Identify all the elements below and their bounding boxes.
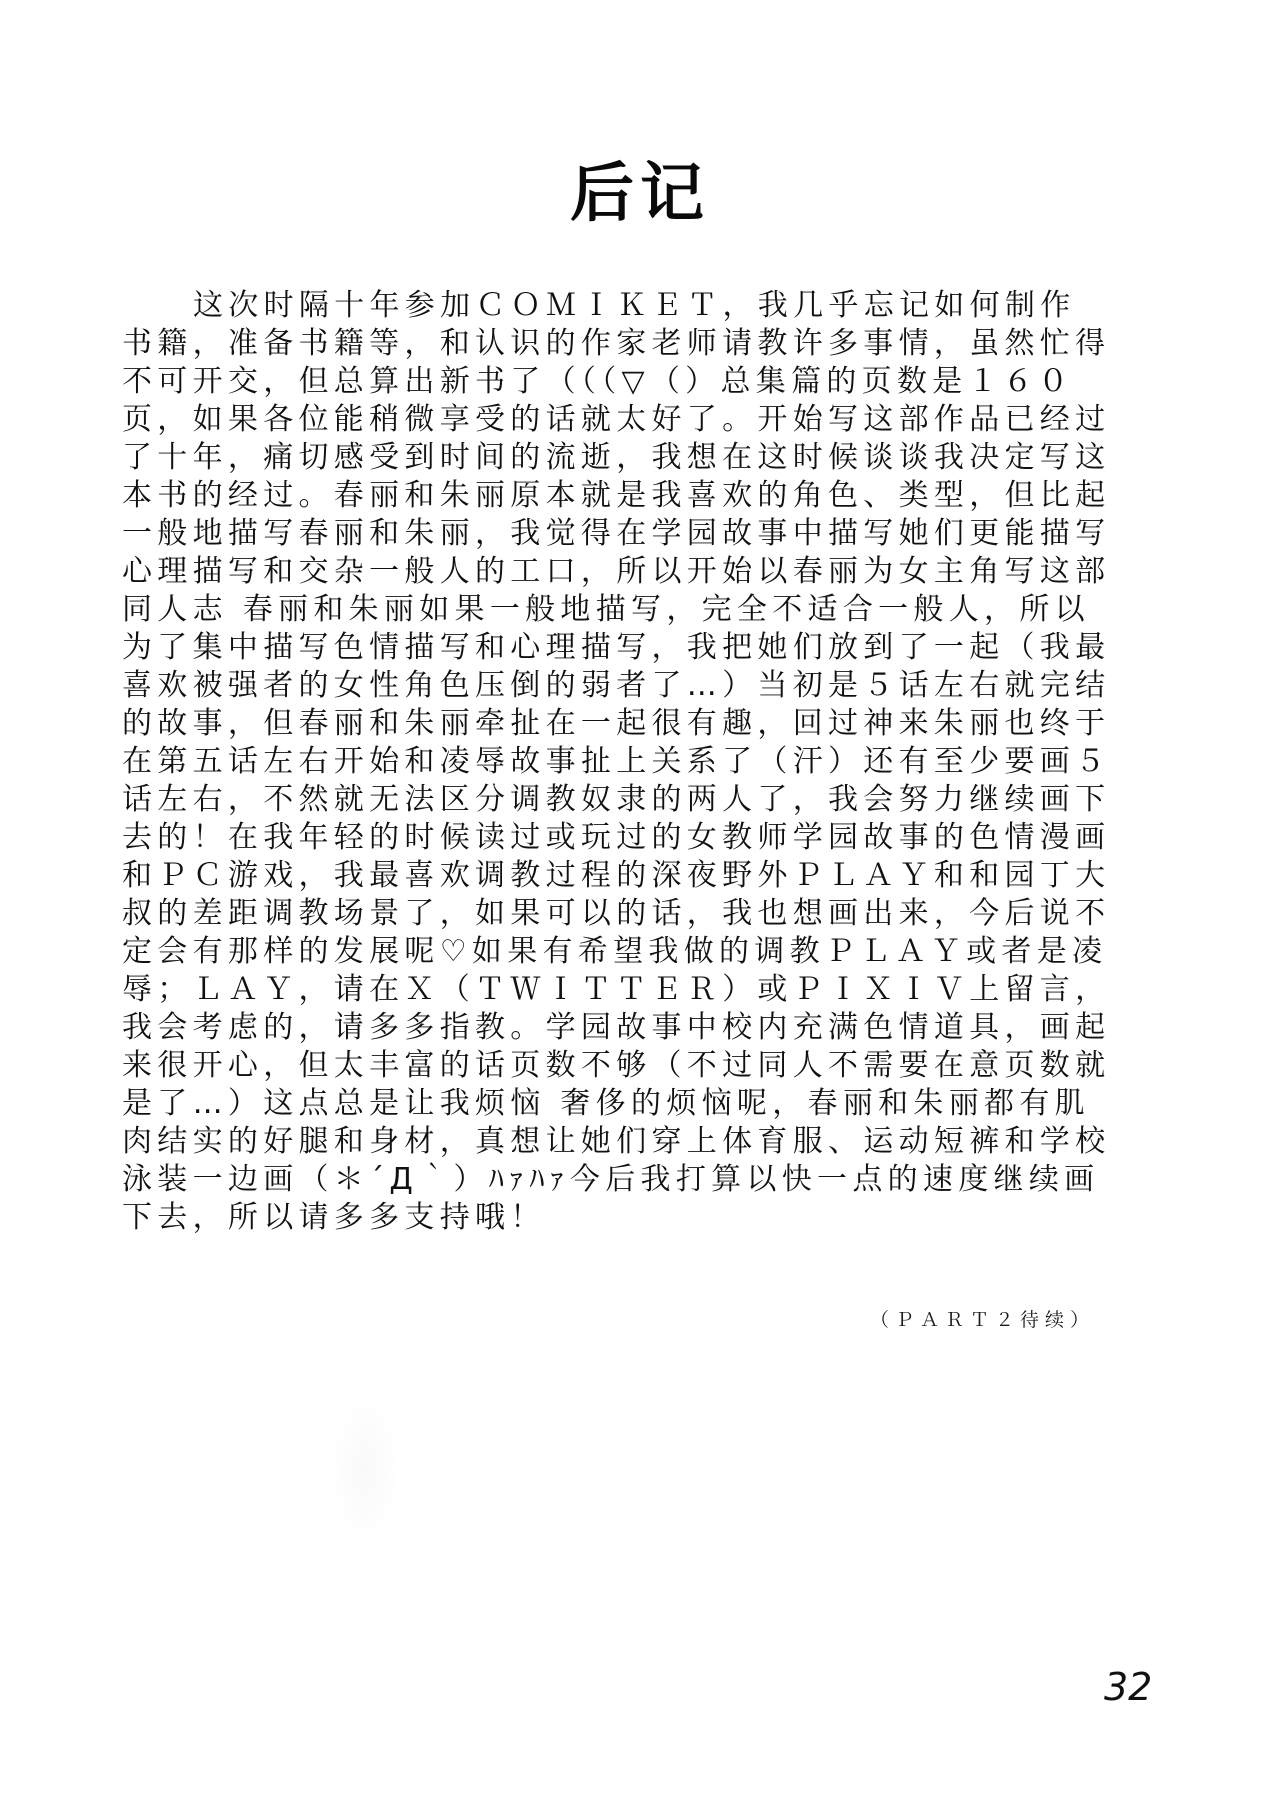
body-line: 定会有那样的发展呢♡如果有希望我做的调教ＰＬＡＹ或者是凌	[122, 933, 1122, 971]
body-line: 泳装一边画（＊´Д｀）ﾊｧﾊｧ今后我打算以快一点的速度继续画	[122, 1161, 1122, 1199]
scan-artifact	[330, 1390, 400, 1550]
body-line: 是了…）这点总是让我烦恼 奢侈的烦恼呢，春丽和朱丽都有肌	[122, 1085, 1122, 1123]
body-line: 辱；ＬＡＹ，请在Ｘ（ＴＷＩＴＴＥＲ）或ＰＩＸＩＶ上留言，	[122, 971, 1122, 1009]
body-line: 书籍，准备书籍等，和认识的作家老师请教许多事情，虽然忙得	[122, 325, 1122, 363]
body-line: 心理描写和交杂一般人的工口，所以开始以春丽为女主角写这部	[122, 553, 1122, 591]
body-line: 我会考虑的，请多多指教。学园故事中校内充满色情道具，画起	[122, 1009, 1122, 1047]
body-line: 页，如果各位能稍微享受的话就太好了。开始写这部作品已经过	[122, 401, 1122, 439]
body-line: 同人志 春丽和朱丽如果一般地描写，完全不适合一般人，所以	[122, 591, 1122, 629]
body-line: 和ＰＣ游戏，我最喜欢调教过程的深夜野外ＰＬＡＹ和和园丁大	[122, 857, 1122, 895]
body-line: 了十年，痛切感受到时间的流逝，我想在这时候谈谈我决定写这	[122, 439, 1122, 477]
body-line: 去的！在我年轻的时候读过或玩过的女教师学园故事的色情漫画	[122, 819, 1122, 857]
body-line: 一般地描写春丽和朱丽，我觉得在学园故事中描写她们更能描写	[122, 515, 1122, 553]
body-line: 肉结实的好腿和身材，真想让她们穿上体育服、运动短裤和学校	[122, 1123, 1122, 1161]
to-be-continued-note: （ＰＡＲＴ２待续）	[870, 1305, 1095, 1335]
body-line: 下去，所以请多多支持哦！	[122, 1199, 1122, 1237]
body-line: 本书的经过。春丽和朱丽原本就是我喜欢的角色、类型，但比起	[122, 477, 1122, 515]
body-line: 喜欢被强者的女性角色压倒的弱者了…）当初是５话左右就完结	[122, 667, 1122, 705]
page-number: 32	[1104, 1662, 1152, 1712]
body-line: 在第五话左右开始和凌辱故事扯上关系了（汗）还有至少要画５	[122, 743, 1122, 781]
body-line: 这次时隔十年参加ＣＯＭＩＫＥＴ，我几乎忘记如何制作	[122, 287, 1122, 325]
document-page: 后记 这次时隔十年参加ＣＯＭＩＫＥＴ，我几乎忘记如何制作 书籍，准备书籍等，和认…	[0, 0, 1280, 1811]
afterword-body: 这次时隔十年参加ＣＯＭＩＫＥＴ，我几乎忘记如何制作 书籍，准备书籍等，和认识的作…	[122, 287, 1122, 1237]
page-title: 后记	[0, 150, 1280, 238]
body-line: 的故事，但春丽和朱丽牵扯在一起很有趣，回过神来朱丽也终于	[122, 705, 1122, 743]
body-line: 为了集中描写色情描写和心理描写，我把她们放到了一起（我最	[122, 629, 1122, 667]
body-line: 叔的差距调教场景了，如果可以的话，我也想画出来，今后说不	[122, 895, 1122, 933]
body-line: 话左右，不然就无法区分调教奴隶的两人了，我会努力继续画下	[122, 781, 1122, 819]
body-line: 不可开交，但总算出新书了（（（▽（）总集篇的页数是１６０	[122, 363, 1122, 401]
body-line: 来很开心，但太丰富的话页数不够（不过同人不需要在意页数就	[122, 1047, 1122, 1085]
